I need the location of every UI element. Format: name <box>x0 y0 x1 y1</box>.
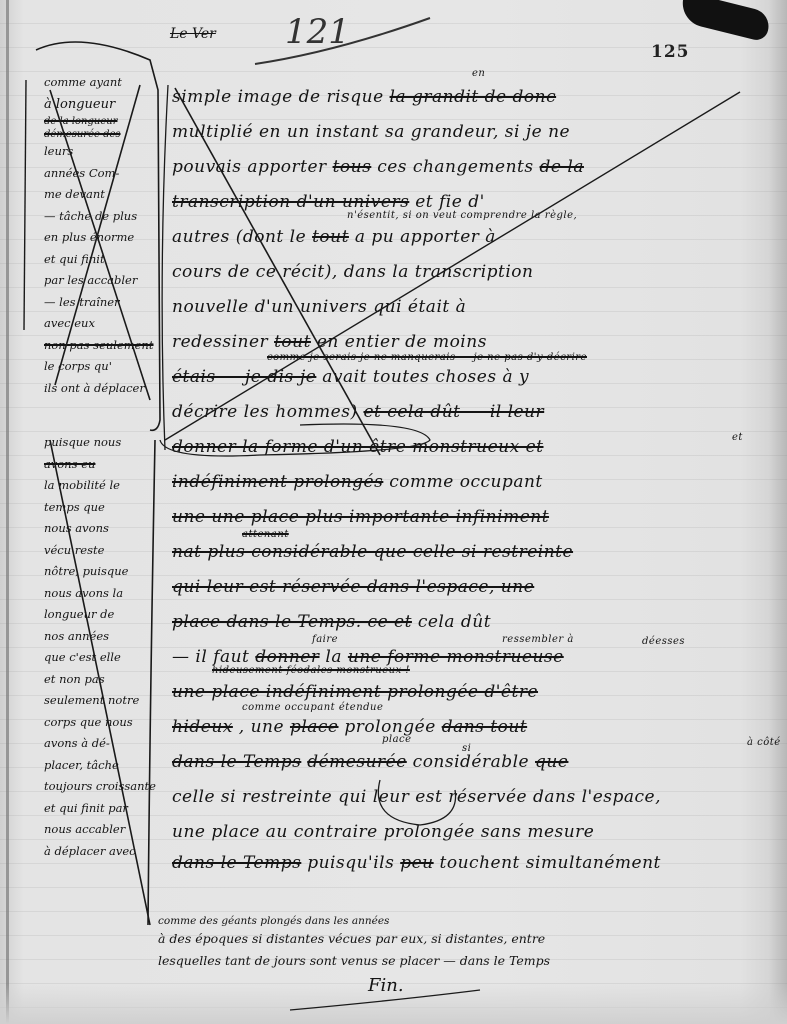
margin-line: en plus énorme <box>44 227 156 249</box>
struck-segment: dans tout <box>442 717 527 737</box>
margin-line: et qui finit par <box>44 798 156 820</box>
text-segment: cela dût <box>418 612 491 632</box>
struck-segment: place <box>290 717 339 737</box>
printed-folio-number: 125 <box>651 42 690 62</box>
text-segment: touchent simultanément <box>440 853 661 873</box>
margin-line: me devant <box>44 184 156 206</box>
struck-segment: et cela dût — il leur <box>364 402 545 422</box>
closing-fin: Fin. <box>368 975 404 996</box>
text-segment: la <box>325 647 342 667</box>
struck-segment: démesurée <box>307 752 407 772</box>
margin-line: et qui finit <box>44 249 156 271</box>
interlinear-insertion: hideusement féodales monstrueux ! <box>212 665 410 677</box>
interlinear-insertion: déesses <box>642 636 685 648</box>
struck-segment: dans le Temps <box>172 752 301 772</box>
text-line: place dans le Temps. ce et cela dût <box>172 605 772 640</box>
margin-line: avons à dé- <box>44 733 156 755</box>
margin-line: le corps qu' <box>44 356 156 378</box>
struck-segment: nat plus considérable que celle si restr… <box>172 542 573 562</box>
interlinear-insertion: n'ésentit, si on veut comprendre la règl… <box>347 210 577 222</box>
struck-segment: de la <box>540 157 584 177</box>
interlinear-insertion: en <box>472 68 485 80</box>
struck-segment: tout <box>312 227 349 247</box>
interlinear-insertion: faire <box>312 634 338 646</box>
margin-line: — les traîner <box>44 292 156 314</box>
interlinear-insertion: ressembler à <box>502 634 574 646</box>
text-line: celle si restreinte qui leur est réservé… <box>172 780 772 815</box>
margin-line: toujours croissante <box>44 776 156 798</box>
text-line: pouvais apporter tous ces changements de… <box>172 150 772 185</box>
interlinear-insertion: si <box>462 743 471 755</box>
margin-line: par les accabler <box>44 270 156 292</box>
struck-segment: que <box>535 752 568 772</box>
margin-line: avec eux <box>44 313 156 335</box>
struck-segment: dans le Temps <box>172 853 301 873</box>
text-segment: décrire les hommes) <box>172 402 358 422</box>
margin-note-bottom: puisque nous avons eu la mobilité le tem… <box>44 432 156 862</box>
text-segment: autres (dont le <box>172 227 306 247</box>
text-line: comme des géants plongés dans les années <box>158 914 778 928</box>
interlinear-insertion: comme je serais je ne manquerais — je ne… <box>267 352 587 364</box>
margin-line: nous avons <box>44 518 156 540</box>
text-line: si à côté dans le Temps démesurée consid… <box>172 745 772 780</box>
binding-margin-line <box>6 0 9 1024</box>
margin-note-top: comme ayant à longueur de la longueur dé… <box>44 72 156 399</box>
margin-line: comme ayant <box>44 72 156 94</box>
struck-segment: une forme monstrueuse <box>348 647 564 667</box>
text-segment: en entier de moins <box>317 332 487 352</box>
text-segment: redessiner <box>172 332 268 352</box>
text-line: indéfiniment prolongés comme occupant <box>172 465 772 500</box>
ink-blot <box>678 0 773 42</box>
margin-line: années Com- <box>44 163 156 185</box>
text-line: attenant nat plus considérable que celle… <box>172 535 772 570</box>
text-line: lesquelles tant de jours sont venus se p… <box>158 950 778 972</box>
margin-line: — tâche de plus <box>44 206 156 228</box>
struck-segment: peu <box>400 853 433 873</box>
margin-line: nous accabler <box>44 819 156 841</box>
margin-line: leurs <box>44 141 156 163</box>
interlinear-insertion: comme occupant étendue <box>242 702 383 714</box>
text-segment: nouvelle d'un univers qui était à <box>172 297 466 317</box>
struck-segment: qui leur est réservée dans l'espace, une <box>172 577 534 597</box>
struck-segment: indéfiniment prolongés <box>172 472 383 492</box>
text-line: qui leur est réservée dans l'espace, une <box>172 570 772 605</box>
text-segment: , une <box>239 717 284 737</box>
text-segment: avait toutes choses à y <box>322 367 529 387</box>
text-line: décrire les hommes) et cela dût — il leu… <box>172 395 772 430</box>
struck-segment: une une place plus importante infiniment <box>172 507 549 527</box>
margin-line: nos années <box>44 626 156 648</box>
text-segment: a pu apporter à <box>355 227 496 247</box>
text-segment: celle si restreinte qui leur est réservé… <box>172 787 661 807</box>
margin-line: vécu reste <box>44 540 156 562</box>
struck-segment: une place indéfiniment prolongée d'être <box>172 682 538 702</box>
text-segment: simple image de risque <box>172 87 384 107</box>
struck-segment: place dans le Temps. ce et <box>172 612 412 632</box>
margin-line: placer, tâche <box>44 755 156 777</box>
struck-segment: hideux <box>172 717 233 737</box>
text-segment: cours de ce récit), dans la transcriptio… <box>172 262 533 282</box>
interlinear-insertion: à côté <box>747 737 781 749</box>
interlinear-insertion: attenant <box>242 529 289 541</box>
text-segment: pouvais apporter <box>172 157 327 177</box>
text-segment: — il faut <box>172 647 249 667</box>
struck-segment: tous <box>333 157 372 177</box>
text-line: dans le Temps puisqu'ils peu touchent si… <box>172 850 772 876</box>
margin-line: et non pas <box>44 669 156 691</box>
margin-line: à longueur <box>44 94 156 116</box>
text-line: multiplié en un instant sa grandeur, si … <box>172 115 772 150</box>
margin-line: ils ont à déplacer <box>44 378 156 400</box>
text-segment: ces changements <box>377 157 533 177</box>
text-segment: considérable <box>413 752 529 772</box>
margin-line: à déplacer avec <box>44 841 156 863</box>
margin-line-struck: avons eu <box>44 454 156 476</box>
margin-line-struck: de la longueur <box>44 115 156 128</box>
struck-segment: tout <box>274 332 311 352</box>
struck-segment: donner la forme d'un être monstrueux et <box>172 437 544 457</box>
margin-line-struck: non pas seulement <box>44 335 156 357</box>
text-segment: comme occupant <box>389 472 542 492</box>
text-segment: une place au contraire prolongée sans me… <box>172 822 594 842</box>
text-line: cours de ce récit), dans la transcriptio… <box>172 255 772 290</box>
margin-line: la mobilité le <box>44 475 156 497</box>
margin-line: corps que nous <box>44 712 156 734</box>
text-line: nouvelle d'un univers qui était à <box>172 290 772 325</box>
struck-segment: la grandit de donc <box>390 87 557 107</box>
margin-line: nôtre, puisque <box>44 561 156 583</box>
margin-line: seulement notre <box>44 690 156 712</box>
text-segment: et fie d' <box>415 192 485 212</box>
margin-line: nous avons la <box>44 583 156 605</box>
text-line: n'ésentit, si on veut comprendre la règl… <box>172 220 772 255</box>
struck-segment: donner <box>255 647 319 667</box>
text-line: donner la forme d'un être monstrueux et … <box>172 430 772 465</box>
struck-segment: étais — je dis-je <box>172 367 316 387</box>
margin-line: puisque nous <box>44 432 156 454</box>
final-lines: comme des géants plongés dans les années… <box>158 914 778 972</box>
struck-segment: transcription d'un univers <box>172 192 409 212</box>
text-line: à des époques si distantes vécues par eu… <box>158 928 778 950</box>
text-line: comme occupant étendue hideux , une plac… <box>172 710 772 745</box>
margin-line: que c'est elle <box>44 647 156 669</box>
struck-heading: Le Ver <box>170 26 216 42</box>
folio-underline-stroke <box>245 14 435 70</box>
manuscript-page: Le Ver 121 125 comme ayant à longueur de… <box>0 0 787 1024</box>
margin-line-struck: démesurée des <box>44 128 156 141</box>
text-line: une place au contraire prolongée sans me… <box>172 815 772 850</box>
interlinear-insertion: et <box>732 432 743 444</box>
margin-line: longueur de <box>44 604 156 626</box>
text-segment: puisqu'ils <box>307 853 394 873</box>
text-line: comme je serais je ne manquerais — je ne… <box>172 360 772 395</box>
main-text-body: simple image de risque la grandit de don… <box>172 80 772 876</box>
text-line: simple image de risque la grandit de don… <box>172 80 772 115</box>
text-segment: multiplié en un instant sa grandeur, si … <box>172 122 570 142</box>
margin-line: temps que <box>44 497 156 519</box>
